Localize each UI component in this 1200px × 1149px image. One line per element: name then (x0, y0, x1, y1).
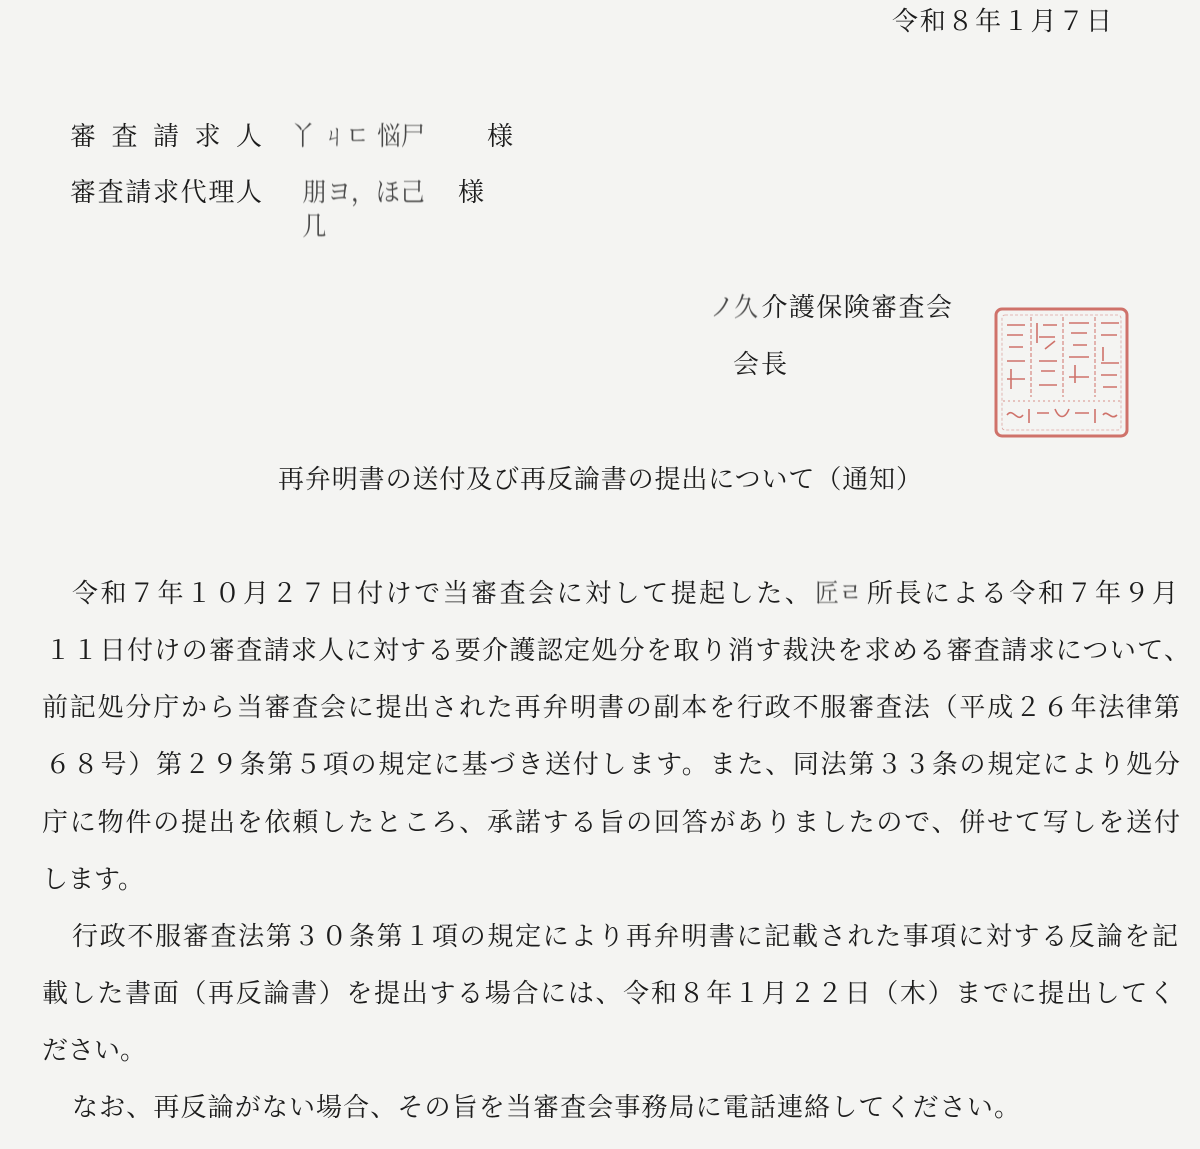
body-line: します。 (42, 863, 242, 897)
official-seal-icon (993, 305, 1130, 440)
body-line: ださい。 (42, 1034, 242, 1068)
document-date: 令和８年１月７日 (892, 5, 1112, 39)
recipient-name-applicant: 丫 ㄐㄷ 悩尸 (285, 120, 460, 154)
redacted-name: 朋ヨ，ほ己几 (302, 176, 424, 244)
body-text: 所長による令和７年９月 (864, 579, 1178, 609)
body-line: ６８号）第２９条第５項の規定に基づき送付します。また、同法第３３条の規定により処… (45, 748, 1180, 782)
body-line: 行政不服審査法第３０条第１項の規定により再弁明書に記載された事項に対する反論を記 (72, 920, 1178, 954)
body-line: １１日付けの審査請求人に対する要介護認定処分を取り消す裁決を求める審査請求につい… (45, 634, 1190, 668)
recipient-name-agent: 朋ヨ，ほ己几 (297, 176, 430, 210)
sender-title: 会長 (733, 348, 787, 382)
recipient-honorific: 様 (458, 176, 488, 210)
body-line: 載した書面（再反論書）を提出する場合には、令和８年１月２２日（木）までに提出して… (42, 977, 1175, 1011)
document-subject: 再弁明書の送付及び再反論書の提出について（通知） (278, 463, 922, 497)
redacted-office: 匠ㄹ (815, 577, 862, 611)
recipient-honorific: 様 (487, 120, 517, 154)
recipient-role-applicant: 審 査 請 求 人 (70, 120, 262, 154)
body-line: 庁に物件の提出を依頼したところ、承諾する旨の回答がありましたので、併せて写しを送… (42, 806, 1180, 840)
body-line: 前記処分庁から当審査会に提出された再弁明書の副本を行政不服審査法（平成２６年法律… (42, 691, 1180, 725)
redacted-name: 丫 ㄐㄷ 悩尸 (291, 120, 425, 154)
body-line: 令和７年１０月２７日付けで当審査会に対して提起した、匠ㄹ所長による令和７年９月 (72, 577, 1178, 611)
redacted-organization-prefix: ノ久 (710, 291, 758, 325)
body-line: なお、再反論がない場合、その旨を当審査会事務局に電話連絡してください。 (72, 1091, 1020, 1125)
recipient-role-agent: 審査請求代理人 (70, 176, 262, 210)
sender-organization: ノ久介護保険審査会 (708, 291, 952, 325)
organization-name: 介護保険審査会 (760, 293, 952, 323)
body-text: 令和７年１０月２７日付けで当審査会に対して提起した、 (72, 579, 813, 609)
